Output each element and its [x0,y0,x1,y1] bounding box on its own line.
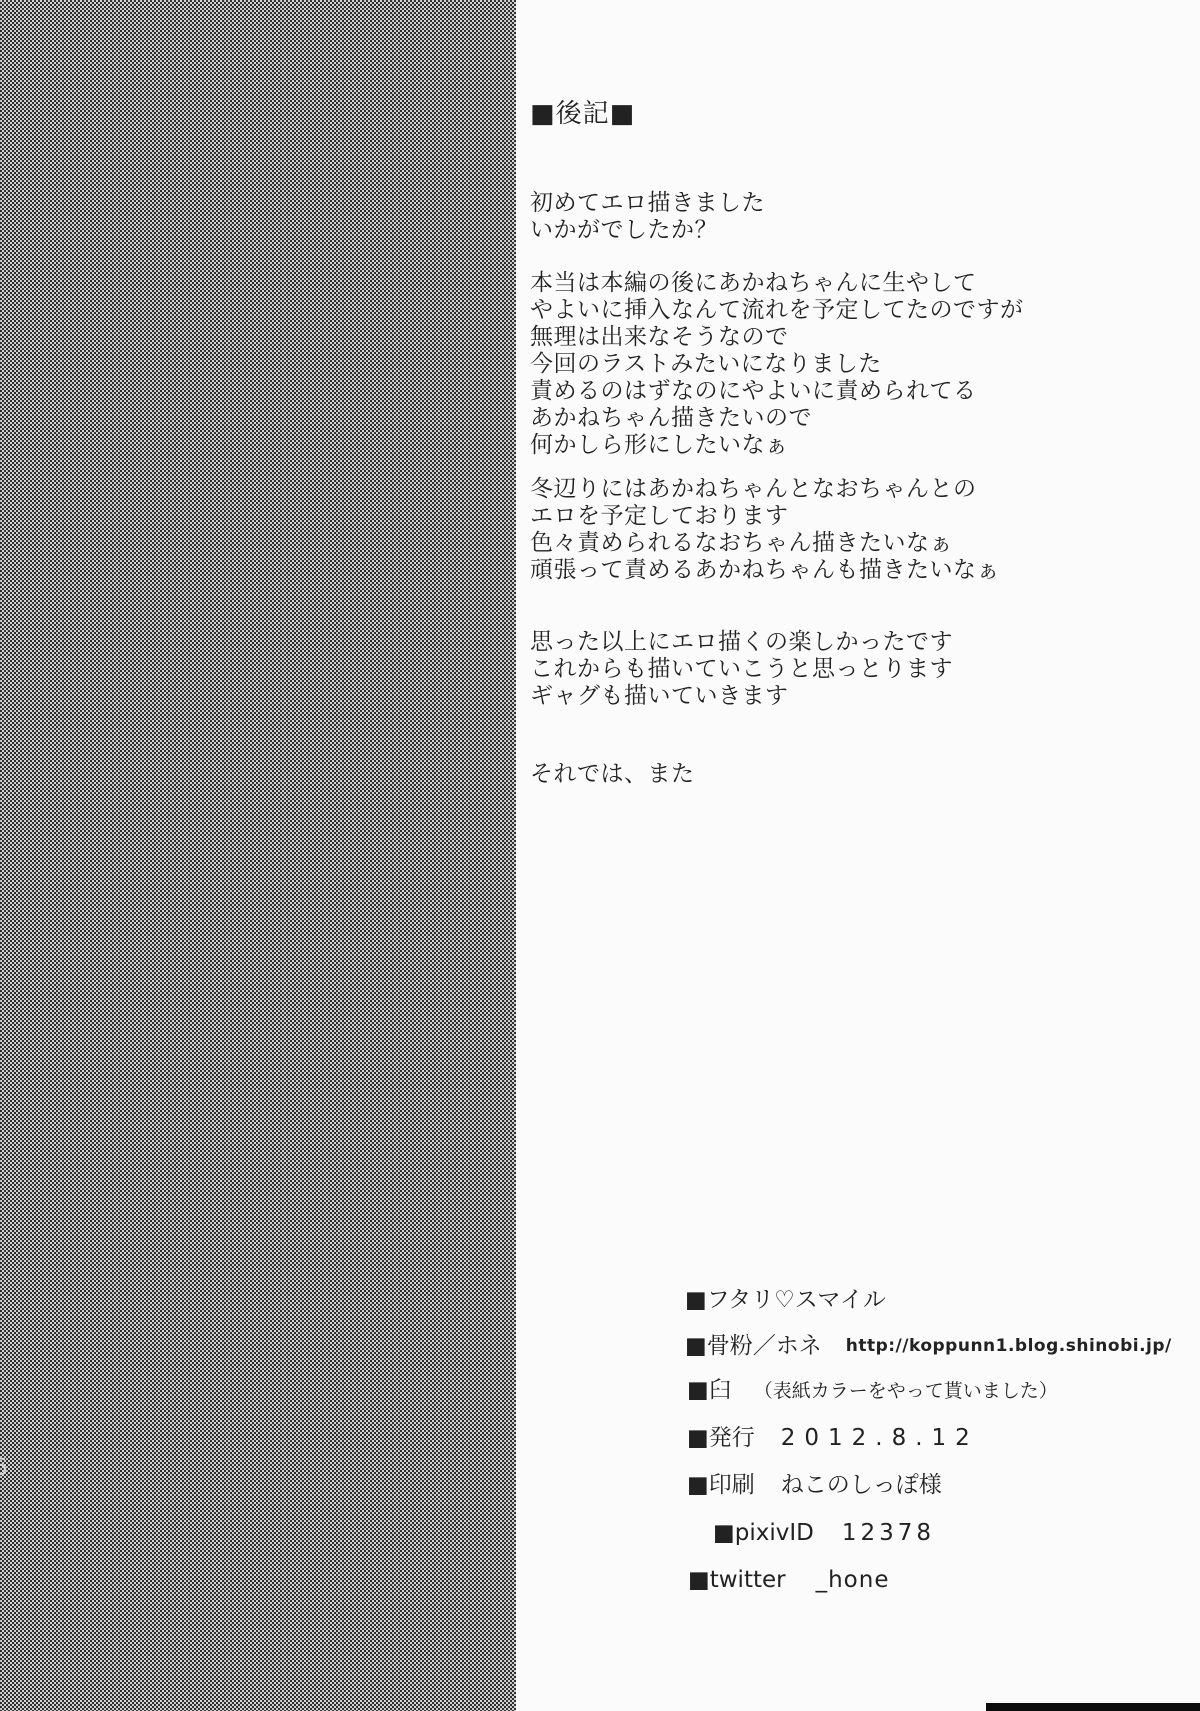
afterword-line: エロを予定しております [530,503,1000,530]
credit-publish-label: ■発行 [687,1425,755,1451]
afterword-line: これからも描いていこうと思っとります [530,656,953,683]
credit-pixiv-label: ■pixivID [713,1520,814,1546]
afterword-line: あかねちゃん描きたいので [530,405,1024,432]
afterword-heading: ■後記■ [530,100,635,128]
afterword-line: 今回のラストみたいになりました [530,351,1024,378]
afterword-paragraph-1: 初めてエロ描きましたいかがでしたか？ [530,190,765,244]
credit-cover-label: ■臼 [687,1377,732,1403]
afterword-line: 思った以上にエロ描くの楽しかったです [530,629,953,656]
scanned-afterword-page: 6 ■後記■ 初めてエロ描きましたいかがでしたか？ 本当は本編の後にあかねちゃん… [0,0,1200,1711]
credit-author-label: ■骨粉／ホネ [685,1333,822,1359]
credit-print-value: ねこのしっぽ様 [781,1470,942,1500]
credit-twitter-value: _hone [816,1565,890,1595]
afterword-line: 初めてエロ描きました [530,190,765,217]
afterword-paragraph-4: 思った以上にエロ描くの楽しかったですこれからも描いていこうと思っとりますギャグも… [530,629,953,710]
credit-cover-note: （表紙カラーをやって貰いました） [754,1380,1058,1402]
credit-author-url: http://koppunn1.blog.shinobi.jp/ [846,1336,1172,1356]
credit-twitter-handle: ■twitter_hone [688,1565,889,1595]
credit-twitter-label: ■twitter [688,1567,786,1593]
afterword-line: ギャグも描いていきます [530,683,953,710]
afterword-line: 本当は本編の後にあかねちゃんに生やして [530,270,1024,297]
credit-circle-name: ■フタリ♡スマイル [685,1285,886,1315]
halftone-moire-overlay [0,0,516,1711]
afterword-line: 色々責められるなおちゃん描きたいなぁ [530,530,1000,557]
credit-circle-text: ■フタリ♡スマイル [685,1287,886,1313]
credit-print-label: ■印刷 [687,1472,755,1498]
credit-cover-artist: ■臼（表紙カラーをやって貰いました） [687,1375,1058,1406]
afterword-paragraph-5: それでは、また [530,761,695,788]
afterword-line: やよいに挿入なんて流れを予定してたのですが [530,297,1024,324]
scan-artifact-strip [986,1703,1200,1711]
afterword-paragraph-2: 本当は本編の後にあかねちゃんに生やしてやよいに挿入なんて流れを予定してたのですが… [530,270,1024,459]
credit-pixiv-id: ■pixivID12378 [713,1518,935,1548]
credit-author: ■骨粉／ホネhttp://koppunn1.blog.shinobi.jp/ [685,1331,1172,1361]
credit-pixiv-value: 12378 [842,1518,935,1548]
afterword-line: 責めるのはずなのにやよいに責められてる [530,378,1024,405]
afterword-line: いかがでしたか？ [530,217,765,244]
afterword-line: 冬辺りにはあかねちゃんとなおちゃんとの [530,476,1000,503]
page-number: 6 [0,1455,8,1481]
credit-publish-value: 2012.8.12 [781,1423,979,1453]
afterword-line: 頑張って責めるあかねちゃんも描きたいなぁ [530,557,1000,584]
afterword-paragraph-3: 冬辺りにはあかねちゃんとなおちゃんとのエロを予定しております色々責められるなおち… [530,476,1000,584]
credit-printer: ■印刷ねこのしっぽ様 [687,1470,942,1500]
afterword-line: 無理は出来なそうなので [530,324,1024,351]
credit-publish-date: ■発行2012.8.12 [687,1423,979,1453]
afterword-line: 何かしら形にしたいなぁ [530,432,1024,459]
afterword-line: それでは、また [530,761,695,788]
